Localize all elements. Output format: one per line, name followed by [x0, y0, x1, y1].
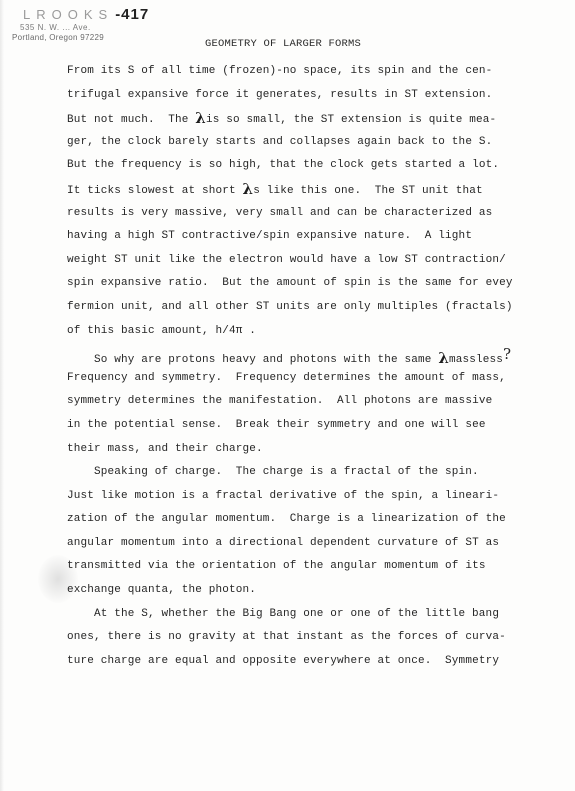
text-segment: At the S, whether the Big Bang one or on…	[94, 608, 499, 620]
text-segment: weight ST unit like the electron would h…	[67, 254, 506, 266]
text-segment: in the potential sense. Break their symm…	[67, 419, 486, 431]
text-line: transmitted via the orientation of the a…	[67, 555, 513, 579]
text-segment: fermion unit, and all other ST units are…	[67, 301, 513, 313]
handwritten-question-mark: ?	[503, 345, 511, 363]
text-segment: s like this one. The ST unit that	[253, 185, 483, 197]
document-page: LROOKS -417 535 N. W. ... Ave. Portland,…	[0, 0, 575, 791]
text-line: in the potential sense. Break their symm…	[67, 414, 513, 438]
text-line: It ticks slowest at short λs like this o…	[67, 178, 513, 202]
text-line: results is very massive, very small and …	[67, 202, 513, 226]
text-line: From its S of all time (frozen)-no space…	[67, 60, 513, 84]
handwritten-document-code: -417	[115, 7, 149, 22]
text-line: spin expansive ratio. But the amount of …	[67, 272, 513, 296]
text-line: So why are protons heavy and photons wit…	[67, 343, 513, 367]
text-line: Speaking of charge. The charge is a frac…	[67, 461, 513, 485]
text-line: angular momentum into a directional depe…	[67, 532, 513, 556]
text-segment: But the frequency is so high, that the c…	[67, 159, 499, 171]
text-segment: spin expansive ratio. But the amount of …	[67, 277, 513, 289]
letterhead-stamp: LROOKS -417 535 N. W. ... Ave. Portland,…	[7, 7, 149, 42]
letterhead-name: LROOKS	[23, 8, 113, 21]
text-line: ones, there is no gravity at that instan…	[67, 626, 513, 650]
text-segment: exchange quanta, the photon.	[67, 584, 256, 596]
text-line: Frequency and symmetry. Frequency determ…	[67, 367, 513, 391]
text-line: Just like motion is a fractal derivative…	[67, 485, 513, 509]
scan-edge-shadow	[0, 0, 4, 791]
text-segment: ture charge are equal and opposite every…	[67, 655, 499, 667]
text-line: of this basic amount, h/4π .	[67, 320, 513, 344]
handwritten-lambda-symbol: λ	[438, 349, 449, 367]
text-line: But not much. The λis so small, the ST e…	[67, 107, 513, 131]
text-line: ger, the clock barely starts and collaps…	[67, 131, 513, 155]
text-segment: massless	[449, 354, 503, 366]
text-segment: From its S of all time (frozen)-no space…	[67, 65, 492, 77]
handwritten-lambda-symbol: λ	[195, 109, 206, 127]
text-segment: zation of the angular momentum. Charge i…	[67, 513, 506, 525]
text-segment: But not much. The	[67, 114, 195, 126]
document-title: GEOMETRY OF LARGER FORMS	[205, 38, 361, 50]
text-line: trifugal expansive force it generates, r…	[67, 84, 513, 108]
text-segment: ones, there is no gravity at that instan…	[67, 631, 506, 643]
document-body: From its S of all time (frozen)-no space…	[67, 60, 513, 673]
text-line: their mass, and their charge.	[67, 438, 513, 462]
text-line: But the frequency is so high, that the c…	[67, 154, 513, 178]
text-segment: It ticks slowest at short	[67, 185, 243, 197]
letterhead-address-street: 535 N. W. ... Ave.	[20, 24, 149, 32]
text-line: exchange quanta, the photon.	[67, 579, 513, 603]
text-line: ture charge are equal and opposite every…	[67, 650, 513, 674]
text-segment: ger, the clock barely starts and collaps…	[67, 136, 492, 148]
text-segment: trifugal expansive force it generates, r…	[67, 89, 492, 101]
text-segment: results is very massive, very small and …	[67, 207, 492, 219]
text-line: weight ST unit like the electron would h…	[67, 249, 513, 273]
text-segment: Speaking of charge. The charge is a frac…	[94, 466, 479, 478]
text-line: zation of the angular momentum. Charge i…	[67, 508, 513, 532]
text-segment: symmetry determines the manifestation. A…	[67, 395, 492, 407]
text-line: At the S, whether the Big Bang one or on…	[67, 603, 513, 627]
text-line: fermion unit, and all other ST units are…	[67, 296, 513, 320]
text-segment: of this basic amount, h/4π .	[67, 325, 256, 337]
text-segment: angular momentum into a directional depe…	[67, 537, 499, 549]
text-line: having a high ST contractive/spin expans…	[67, 225, 513, 249]
letterhead-address-city: Portland, Oregon 97229	[12, 34, 149, 42]
text-segment: their mass, and their charge.	[67, 443, 263, 455]
text-segment: So why are protons heavy and photons wit…	[94, 354, 438, 366]
text-segment: Just like motion is a fractal derivative…	[67, 490, 499, 502]
text-segment: transmitted via the orientation of the a…	[67, 560, 486, 572]
text-segment: Frequency and symmetry. Frequency determ…	[67, 372, 506, 384]
text-segment: is so small, the ST extension is quite m…	[206, 114, 496, 126]
text-line: symmetry determines the manifestation. A…	[67, 390, 513, 414]
text-segment: having a high ST contractive/spin expans…	[67, 230, 472, 242]
handwritten-lambda-symbol: λ	[243, 180, 254, 198]
letterhead-name-line: LROOKS -417	[7, 7, 149, 22]
